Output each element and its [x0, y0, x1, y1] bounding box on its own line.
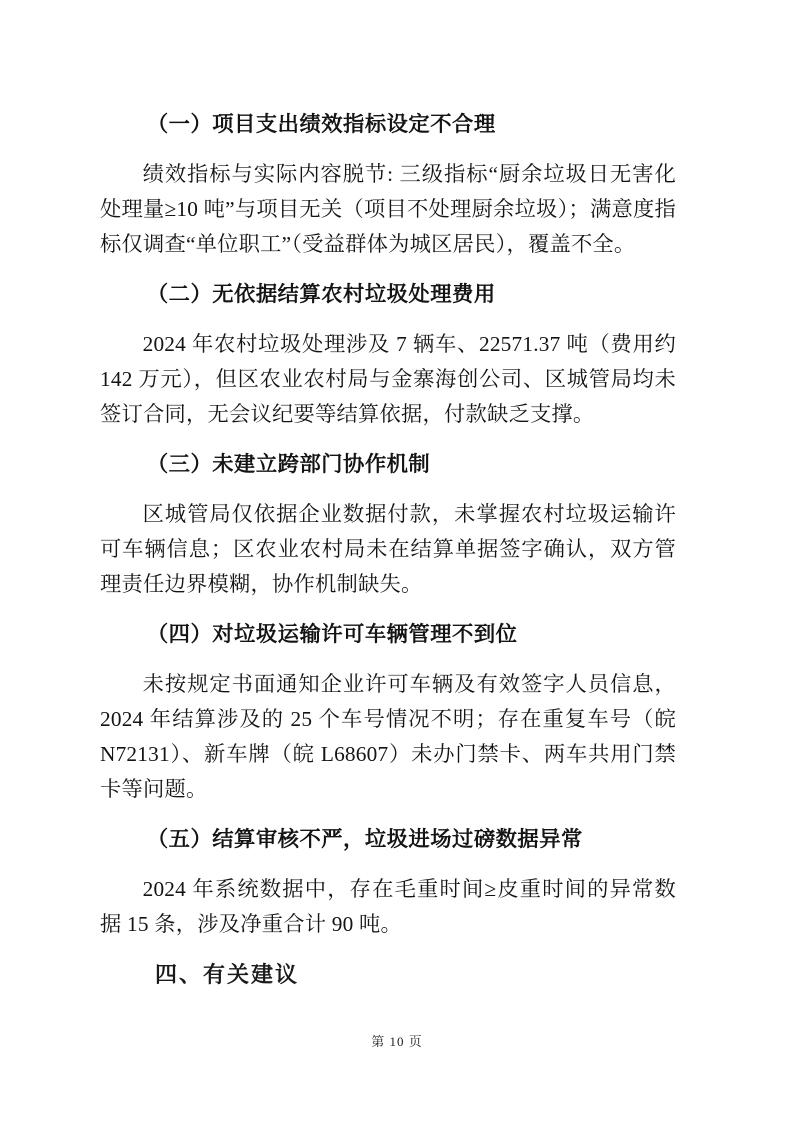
section-1-heading: （一）项目支出绩效指标设定不合理: [100, 107, 676, 142]
chapter-heading-recommendations: 四、有关建议: [100, 957, 676, 992]
section-3-heading: （三）未建立跨部门协作机制: [100, 447, 676, 482]
section-5: （五）结算审核不严，垃圾进场过磅数据异常 2024 年系统数据中，存在毛重时间≥…: [100, 822, 676, 942]
section-1-paragraph: 绩效指标与实际内容脱节: 三级指标“厨余垃圾日无害化处理量≥10 吨”与项目无关…: [100, 157, 676, 262]
section-1: （一）项目支出绩效指标设定不合理 绩效指标与实际内容脱节: 三级指标“厨余垃圾日…: [100, 107, 676, 262]
section-4-heading: （四）对垃圾运输许可车辆管理不到位: [100, 617, 676, 652]
section-4-paragraph: 未按规定书面通知企业许可车辆及有效签字人员信息，2024 年结算涉及的 25 个…: [100, 667, 676, 807]
section-3: （三）未建立跨部门协作机制 区城管局仅依据企业数据付款，未掌握农村垃圾运输许可车…: [100, 447, 676, 602]
section-4: （四）对垃圾运输许可车辆管理不到位 未按规定书面通知企业许可车辆及有效签字人员信…: [100, 617, 676, 807]
section-2-paragraph: 2024 年农村垃圾处理涉及 7 辆车、22571.37 吨（费用约 142 万…: [100, 327, 676, 432]
section-5-paragraph: 2024 年系统数据中，存在毛重时间≥皮重时间的异常数据 15 条，涉及净重合计…: [100, 872, 676, 942]
section-2: （二）无依据结算农村垃圾处理费用 2024 年农村垃圾处理涉及 7 辆车、225…: [100, 277, 676, 432]
section-3-paragraph: 区城管局仅依据企业数据付款，未掌握农村垃圾运输许可车辆信息；区农业农村局未在结算…: [100, 497, 676, 602]
section-2-heading: （二）无依据结算农村垃圾处理费用: [100, 277, 676, 312]
page-number: 第 10 页: [0, 1031, 794, 1050]
section-5-heading: （五）结算审核不严，垃圾进场过磅数据异常: [100, 822, 676, 857]
document-page: （一）项目支出绩效指标设定不合理 绩效指标与实际内容脱节: 三级指标“厨余垃圾日…: [0, 0, 794, 1122]
